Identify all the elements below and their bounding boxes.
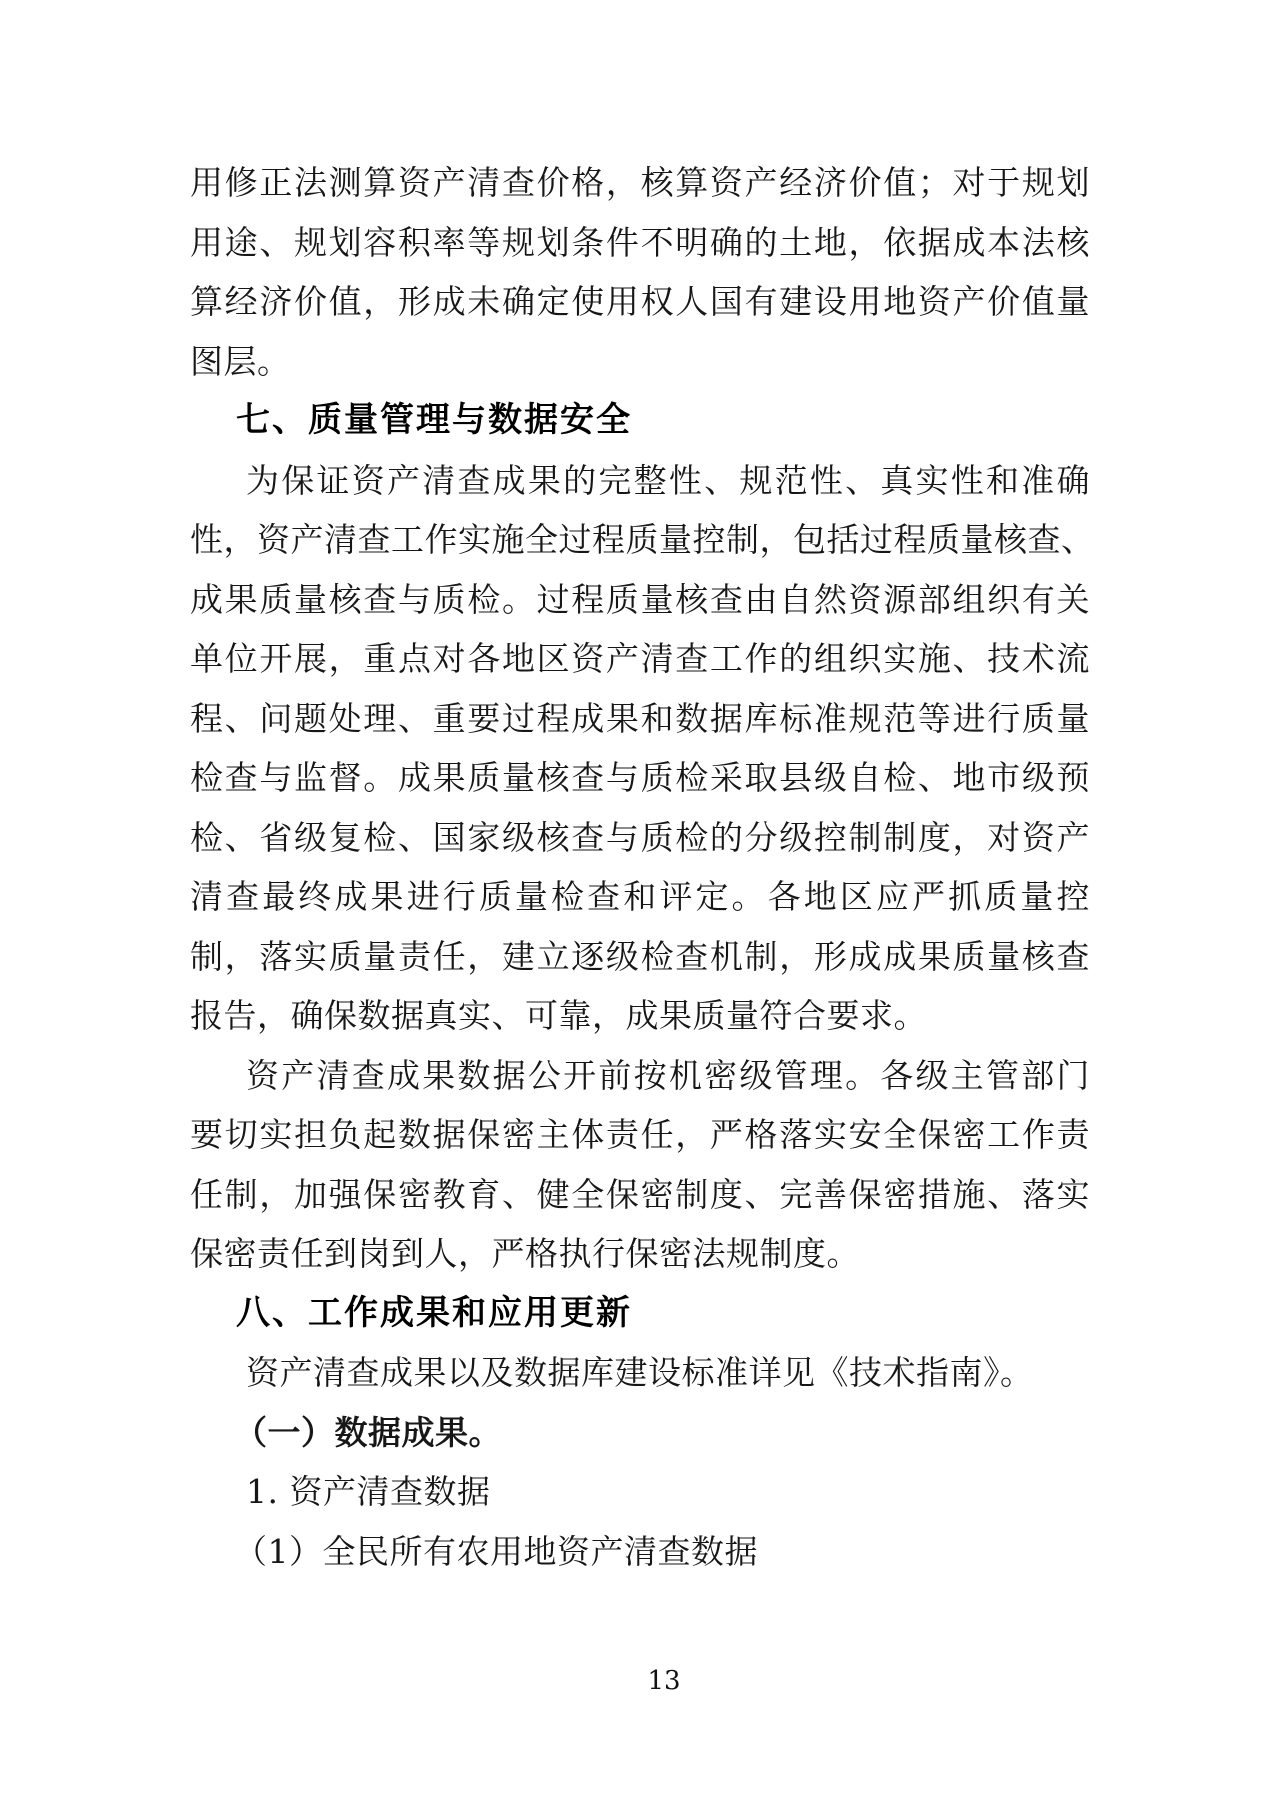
page-number: 13 (24, 1664, 1280, 1698)
section-heading-8: 八、工作成果和应用更新 (190, 1284, 1090, 1344)
text-line: 成果质量核查与质检。过程质量核查由自然资源部组织有关 (190, 570, 1090, 630)
numbered-item: 1. 资产清查数据 (190, 1462, 1090, 1522)
text-line: 为保证资产清查成果的完整性、规范性、真实性和准确 (190, 451, 1090, 511)
text-line: 用途、规划容积率等规划条件不明确的土地，依据成本法核 (190, 213, 1090, 273)
text-line: 程、问题处理、重要过程成果和数据库标准规范等进行质量 (190, 689, 1090, 749)
text-line: 单位开展，重点对各地区资产清查工作的组织实施、技术流 (190, 629, 1090, 689)
text-line: 资产清查成果数据公开前按机密级管理。各级主管部门 (190, 1046, 1090, 1106)
subsection-heading: （一）数据成果。 (190, 1403, 1090, 1463)
text-line: 检、省级复检、国家级核查与质检的分级控制制度，对资产 (190, 808, 1090, 868)
text-line: 报告，确保数据真实、可靠，成果质量符合要求。 (190, 986, 1090, 1046)
numbered-item: （1）全民所有农用地资产清查数据 (190, 1522, 1090, 1582)
text-line: 制，落实质量责任，建立逐级检查机制，形成成果质量核查 (190, 927, 1090, 987)
text-column: 用修正法测算资产清查价格，核算资产经济价值；对于规划 用途、规划容积率等规划条件… (190, 153, 1090, 1581)
text-line: 要切实担负起数据保密主体责任，严格落实安全保密工作责 (190, 1105, 1090, 1165)
text-line: 任制，加强保密教育、健全保密制度、完善保密措施、落实 (190, 1165, 1090, 1225)
text-line: 图层。 (190, 332, 1090, 392)
text-line: 资产清查成果以及数据库建设标准详见《技术指南》。 (190, 1343, 1090, 1403)
text-line: 性，资产清查工作实施全过程质量控制，包括过程质量核查、 (190, 510, 1090, 570)
text-line: 保密责任到岗到人，严格执行保密法规制度。 (190, 1224, 1090, 1284)
section-heading-7: 七、质量管理与数据安全 (190, 391, 1090, 451)
document-page: 用修正法测算资产清查价格，核算资产经济价值；对于规划 用途、规划容积率等规划条件… (0, 0, 1280, 1810)
text-line: 检查与监督。成果质量核查与质检采取县级自检、地市级预 (190, 748, 1090, 808)
text-line: 算经济价值，形成未确定使用权人国有建设用地资产价值量 (190, 272, 1090, 332)
text-line: 清查最终成果进行质量检查和评定。各地区应严抓质量控 (190, 867, 1090, 927)
text-line: 用修正法测算资产清查价格，核算资产经济价值；对于规划 (190, 153, 1090, 213)
